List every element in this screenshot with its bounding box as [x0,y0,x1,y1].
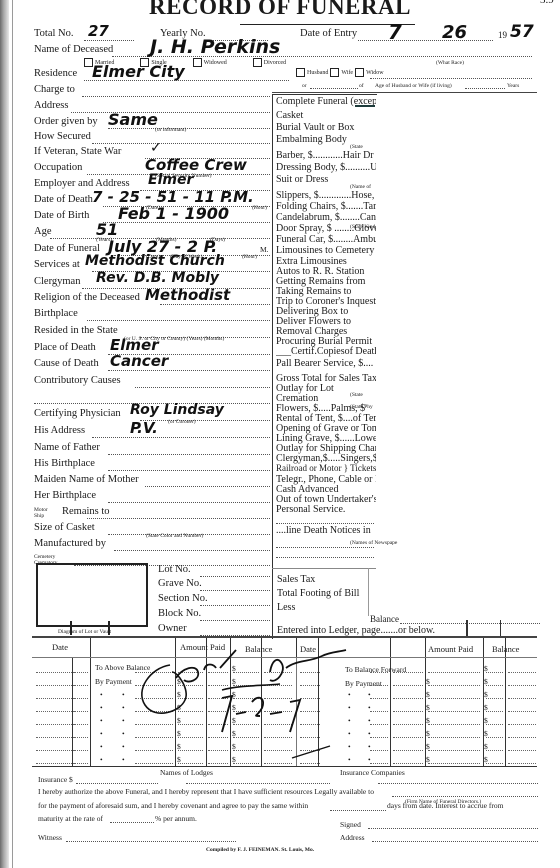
per-annum: % per annum. [155,814,197,823]
witness-label: Witness [38,833,62,842]
insurance-label: Insurance $ [38,775,73,784]
address-input[interactable] [372,841,538,842]
days-input[interactable] [330,810,386,811]
insurance-input[interactable] [76,783,158,784]
authorization-text: for the payment of aforesaid sum, and I … [38,801,308,810]
interest-rate-input[interactable] [110,822,154,823]
companies-input[interactable] [378,783,538,784]
publisher-credit: Compiled by F. J. FEINEMAN. St. Louis, M… [206,847,314,853]
lodges-input[interactable] [186,783,330,784]
witness-input[interactable] [66,841,236,842]
signed-label: Signed [340,820,361,829]
signed-input[interactable] [368,828,538,829]
address-label: Address [340,833,365,842]
authorization-text: maturity at the rate of [38,814,103,823]
firm-name-input[interactable] [392,796,538,797]
days-from-date: days from date. Interest to accrue from [387,801,503,810]
authorization-text: I hereby authorize the above Funeral, an… [38,787,374,796]
companies-label: Insurance Companies [340,769,384,777]
handwritten-paid-annotation [0,0,560,868]
lodges-label: Names of Lodges [160,769,190,777]
